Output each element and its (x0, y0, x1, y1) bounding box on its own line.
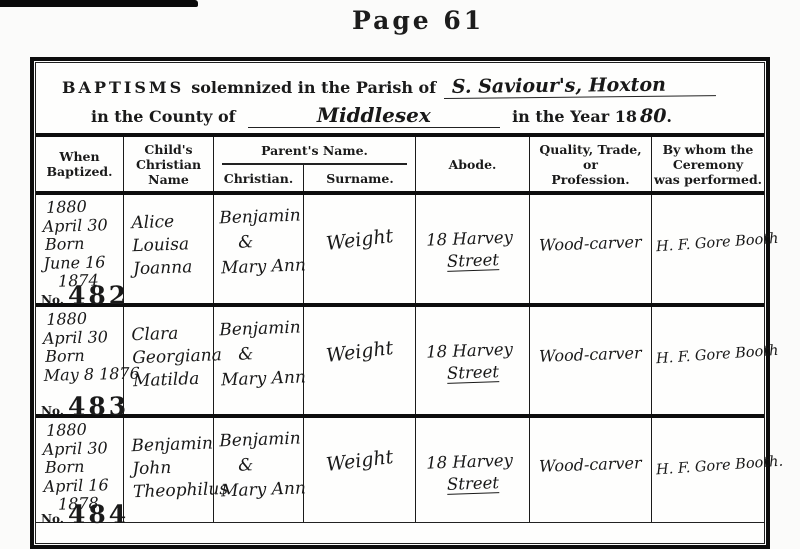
parent-christian-handwriting: Benjamin & Mary Ann (213, 193, 305, 281)
scan-edge-artifact (0, 0, 198, 7)
parents-group-label: Parent's Name. (214, 137, 415, 163)
minister-signature: H. F. Gore Booth. (656, 454, 784, 479)
child-name-cell: Benjamin John Theophilus (124, 418, 214, 522)
abode-cell: 18 Harvey Street (416, 418, 530, 522)
year-handwritten: 80 (640, 105, 666, 127)
register-frame-inner: BAPTISMS solemnized in the Parish of S. … (35, 62, 765, 544)
quality-handwriting: Wood-carver (539, 232, 642, 255)
baptisms-title: BAPTISMS (62, 78, 184, 97)
entry-number: No. 482 (41, 284, 129, 308)
surname-handwriting: Weight (325, 225, 395, 255)
parent-christian-cell: Benjamin & Mary Ann (214, 418, 304, 522)
year-printed-text: in the Year 18 (512, 107, 637, 126)
child-name-cell: Clara Georgiana Matilda (124, 307, 214, 414)
when-baptized-cell: 1880 April 30 Born June 16 1874 No. 482 (36, 195, 124, 303)
header-line-parish: BAPTISMS solemnized in the Parish of S. … (36, 63, 764, 99)
register-header: BAPTISMS solemnized in the Parish of S. … (36, 63, 764, 133)
column-header-abode: Abode. (416, 137, 530, 191)
surname-cell: Weight (304, 418, 416, 522)
column-header-by-whom: By whom the Ceremony was performed. (652, 137, 764, 191)
abode-cell: 18 Harvey Street (416, 195, 530, 303)
surname-handwriting: Weight (325, 336, 395, 366)
when-baptized-handwriting: 1880 April 30 Born May 8 1876 (35, 306, 124, 385)
abode-handwriting: 18 Harvey Street (415, 416, 531, 497)
abode-handwriting: 18 Harvey Street (415, 305, 531, 386)
header-line-county: in the County of Middlesex in the Year 1… (36, 99, 764, 128)
parent-christian-cell: Benjamin & Mary Ann (214, 195, 304, 303)
child-name-handwriting: Clara Georgiana Matilda (123, 305, 215, 393)
entry-number: No. 484 (41, 503, 129, 527)
minister-cell: H. F. Gore Booth (652, 195, 779, 303)
abode-cell: 18 Harvey Street (416, 307, 530, 414)
page-number: Page 61 (352, 6, 484, 35)
county-printed-text: in the County of (91, 107, 236, 126)
column-header-parents: Parent's Name. Christian. Surname. (214, 137, 416, 191)
child-name-handwriting: Benjamin John Theophilus (123, 416, 215, 504)
baptism-entry-row: 1880 April 30 Born May 8 1876 No. 483 Cl… (36, 307, 764, 418)
register-frame: BAPTISMS solemnized in the Parish of S. … (30, 57, 770, 549)
surname-cell: Weight (304, 307, 416, 414)
minister-cell: H. F. Gore Booth. (652, 418, 783, 522)
parent-christian-handwriting: Benjamin & Mary Ann (213, 305, 305, 393)
column-header-parent-christian: Christian. (214, 165, 304, 191)
minister-signature: H. F. Gore Booth (656, 343, 779, 368)
minister-cell: H. F. Gore Booth (652, 307, 779, 414)
quality-cell: Wood-carver (530, 307, 652, 414)
column-header-child: Child's Christian Name (124, 137, 214, 191)
column-header-quality: Quality, Trade, or Profession. (530, 137, 652, 191)
parent-christian-cell: Benjamin & Mary Ann (214, 307, 304, 414)
county-name-handwritten: Middlesex (248, 103, 501, 128)
surname-cell: Weight (304, 195, 416, 303)
column-header-parent-surname: Surname. (304, 165, 416, 191)
when-baptized-cell: 1880 April 30 Born April 16 1878 No. 484 (36, 418, 124, 522)
parents-subheaders: Christian. Surname. (214, 165, 415, 191)
entry-number: No. 483 (41, 395, 129, 419)
when-baptized-cell: 1880 April 30 Born May 8 1876 No. 483 (36, 307, 124, 414)
quality-handwriting: Wood-carver (539, 343, 642, 366)
surname-handwriting: Weight (325, 446, 395, 476)
baptism-entry-row: 1880 April 30 Born June 16 1874 No. 482 … (36, 195, 764, 307)
parent-christian-handwriting: Benjamin & Mary Ann (213, 416, 305, 504)
year-period: . (666, 107, 672, 126)
parish-name-handwritten: S. Saviour's, Hoxton (444, 73, 716, 99)
child-name-cell: Alice Louisa Joanna (124, 195, 214, 303)
baptism-entry-row: 1880 April 30 Born April 16 1878 No. 484… (36, 418, 764, 523)
quality-cell: Wood-carver (530, 195, 652, 303)
child-name-handwriting: Alice Louisa Joanna (123, 193, 215, 281)
abode-handwriting: 18 Harvey Street (415, 193, 531, 274)
column-headers: When Baptized. Child's Christian Name Pa… (36, 137, 764, 195)
minister-signature: H. F. Gore Booth (656, 231, 779, 256)
when-baptized-handwriting: 1880 April 30 Born June 16 1874 (35, 194, 124, 292)
column-header-when: When Baptized. (36, 137, 124, 191)
quality-handwriting: Wood-carver (539, 453, 642, 476)
parish-printed-text: solemnized in the Parish of (191, 78, 436, 97)
quality-cell: Wood-carver (530, 418, 652, 522)
